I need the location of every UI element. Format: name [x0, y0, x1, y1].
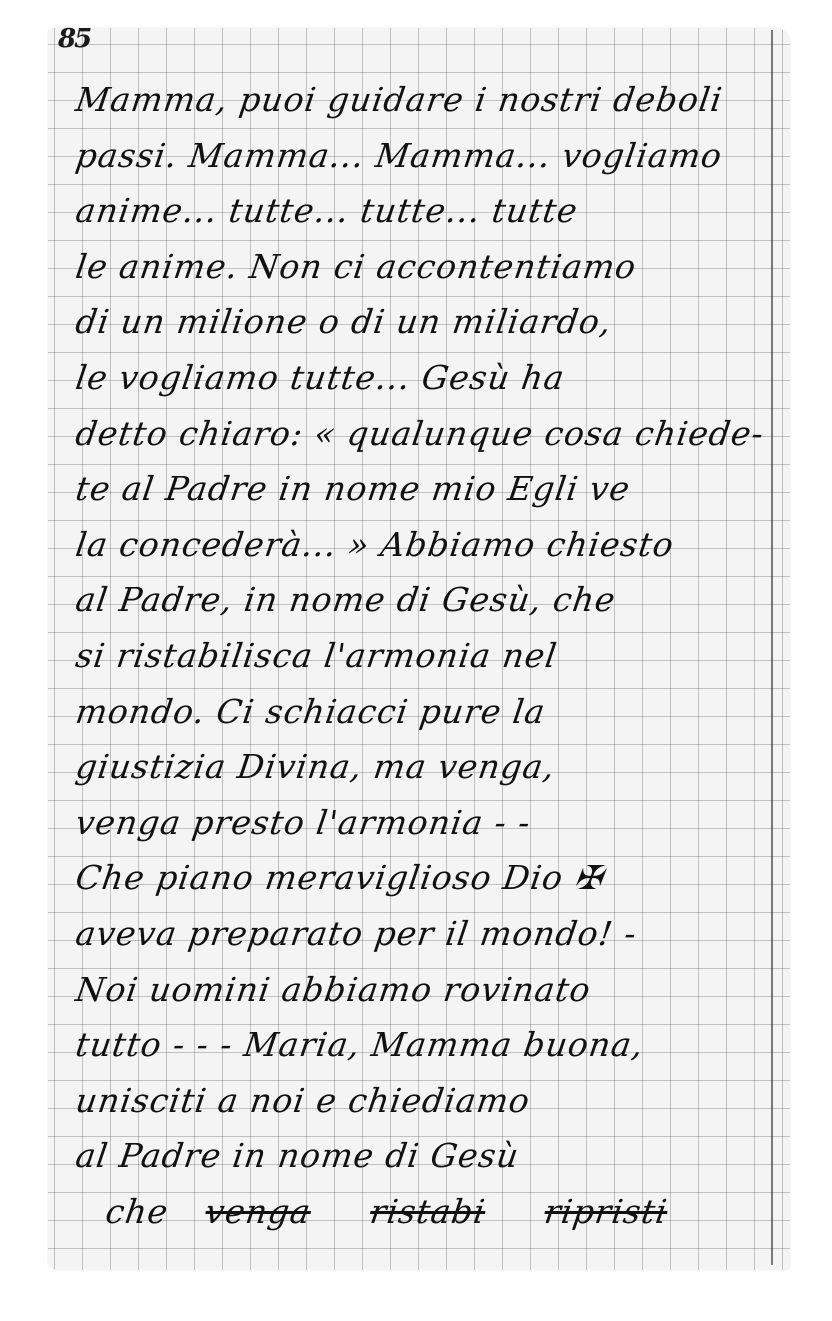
text-line-11: si ristabilisca l'armonia nel	[72, 628, 790, 684]
struck-word-1: venga	[203, 1192, 314, 1231]
text-line-7: detto chiaro: « qualunque cosa chiede-	[72, 406, 790, 462]
text-line-9: la concederà... » Abbiamo chiesto	[72, 517, 790, 573]
text-line-10: al Padre, in nome di Gesù, che	[72, 572, 790, 628]
text-line-4: le anime. Non ci accontentiamo	[72, 239, 790, 295]
text-line-2: passi. Mamma... Mamma... vogliamo	[72, 128, 790, 184]
text-line-21: che venga ristabi ripristi	[72, 1184, 790, 1240]
text-line-16: aveva preparato per il mondo! -	[72, 906, 790, 962]
page-number: 85	[58, 24, 90, 54]
text-line-15: Che piano meraviglioso Dio ✠	[72, 850, 790, 906]
text-line-13: giustizia Divina, ma venga,	[72, 739, 790, 795]
text-line-19: unisciti a noi e chiediamo	[72, 1073, 790, 1129]
text-line-6: le vogliamo tutte... Gesù ha	[72, 350, 790, 406]
struck-word-3: ripristi	[542, 1192, 670, 1231]
text-line-17: Noi uomini abbiamo rovinato	[72, 962, 790, 1018]
text-line-1: Mamma, puoi guidare i nostri deboli	[72, 72, 790, 128]
text-line-12: mondo. Ci schiacci pure la	[72, 684, 790, 740]
text-line-3: anime... tutte... tutte... tutte	[72, 183, 790, 239]
text-line-5: di un milione o di un miliardo,	[72, 294, 790, 350]
handwritten-text: Mamma, puoi guidare i nostri deboli pass…	[72, 72, 782, 1239]
text-line-20: al Padre in nome di Gesù	[72, 1128, 790, 1184]
last-line-word: che	[103, 1192, 171, 1231]
struck-word-2: ristabi	[368, 1192, 488, 1231]
text-line-8: te al Padre in nome mio Egli ve	[72, 461, 790, 517]
text-line-14: venga presto l'armonia - -	[72, 795, 790, 851]
text-line-18: tutto - - - Maria, Mamma buona,	[72, 1017, 790, 1073]
